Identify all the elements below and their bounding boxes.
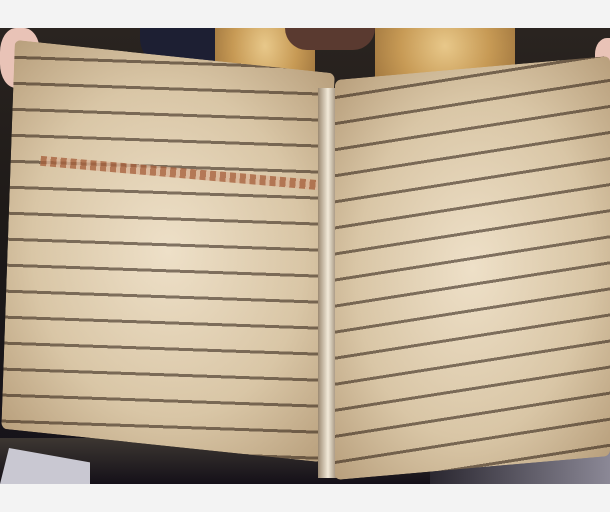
left-parchment-page xyxy=(1,40,334,462)
right-parchment-page xyxy=(335,56,610,480)
manuscript-photo xyxy=(0,28,610,484)
person-chin xyxy=(285,28,375,50)
